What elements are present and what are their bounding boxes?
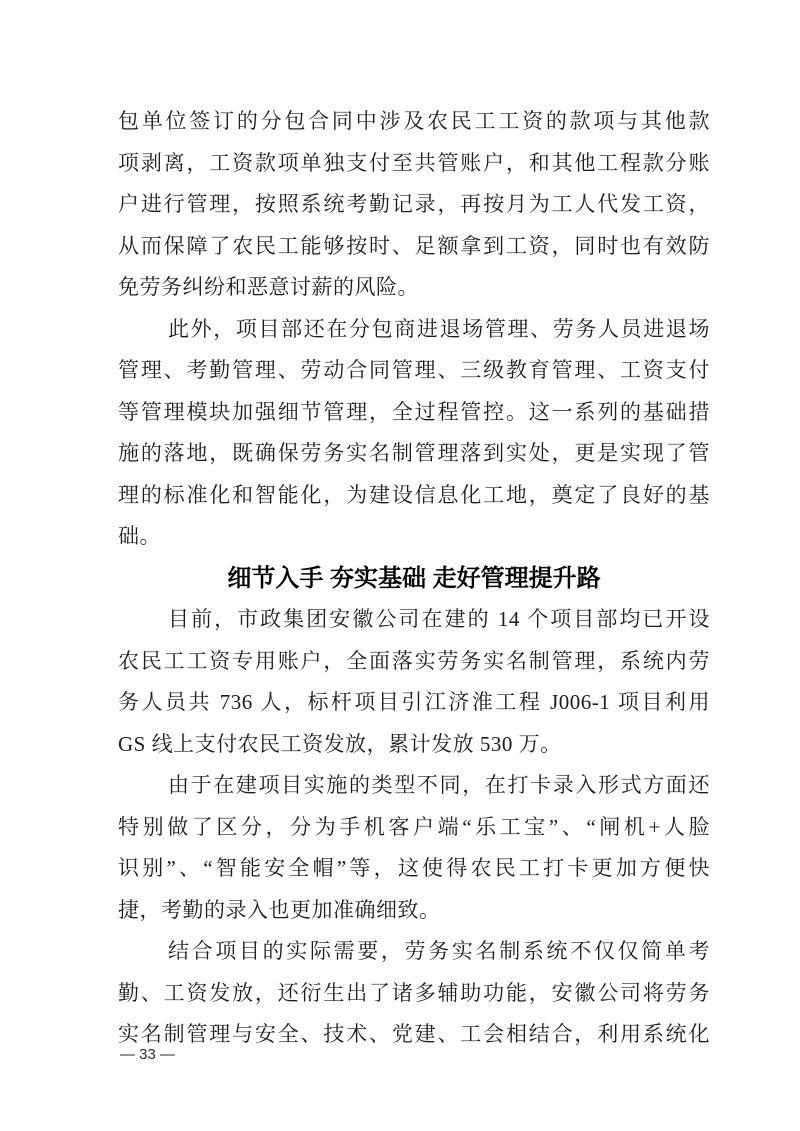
section-heading: 细节入手 夯实基础 走好管理提升路 <box>118 558 710 600</box>
body-line: 结合项目的实际需要，劳务实名制系统不仅仅简单考 <box>118 931 710 973</box>
body-line: 由于在建项目实施的类型不同，在打卡录入形式方面还 <box>118 765 710 807</box>
body-line: GS 线上支付农民工资发放，累计发放 530 万。 <box>118 724 710 766</box>
document-page: { "page": { "background_color": "#ffffff… <box>0 0 800 1131</box>
body-line: 户进行管理，按照系统考勤记录，再按月为工人代发工资， <box>118 184 710 226</box>
body-line: 实名制管理与安全、技术、党建、工会相结合，利用系统化 <box>118 1014 710 1056</box>
body-line: 项剥离，工资款项单独支付至共管账户，和其他工程款分账 <box>118 143 710 185</box>
body-line: 从而保障了农民工能够按时、足额拿到工资，同时也有效防 <box>118 226 710 268</box>
document-body: 包单位签订的分包合同中涉及农民工工资的款项与其他款 项剥离，工资款项单独支付至共… <box>118 101 710 1056</box>
body-line: 目前，市政集团安徽公司在建的 14 个项目部均已开设 <box>118 599 710 641</box>
body-line: 等管理模块加强细节管理，全过程管控。这一系列的基础措 <box>118 392 710 434</box>
body-line: 务人员共 736 人，标杆项目引江济淮工程 J006-1 项目利用 <box>118 682 710 724</box>
body-line: 勤、工资发放，还衍生出了诸多辅助功能，安徽公司将劳务 <box>118 973 710 1015</box>
body-line: 管理、考勤管理、劳动合同管理、三级教育管理、工资支付 <box>118 350 710 392</box>
body-line: 捷，考勤的录入也更加准确细致。 <box>118 890 710 932</box>
body-line: 识别”、“智能安全帽”等，这使得农民工打卡更加方便快 <box>118 848 710 890</box>
body-line: 特别做了区分，分为手机客户端“乐工宝”、“闸机+人脸 <box>118 807 710 849</box>
body-line: 础。 <box>118 516 710 558</box>
body-line: 此外，项目部还在分包商进退场管理、劳务人员进退场 <box>118 309 710 351</box>
body-line: 理的标准化和智能化，为建设信息化工地，奠定了良好的基 <box>118 475 710 517</box>
page-number: — 33 — <box>120 1046 175 1063</box>
body-line: 免劳务纠纷和恶意讨薪的风险。 <box>118 267 710 309</box>
body-line: 包单位签订的分包合同中涉及农民工工资的款项与其他款 <box>118 101 710 143</box>
body-line: 施的落地，既确保劳务实名制管理落到实处，更是实现了管 <box>118 433 710 475</box>
body-line: 农民工工资专用账户，全面落实劳务实名制管理，系统内劳 <box>118 641 710 683</box>
